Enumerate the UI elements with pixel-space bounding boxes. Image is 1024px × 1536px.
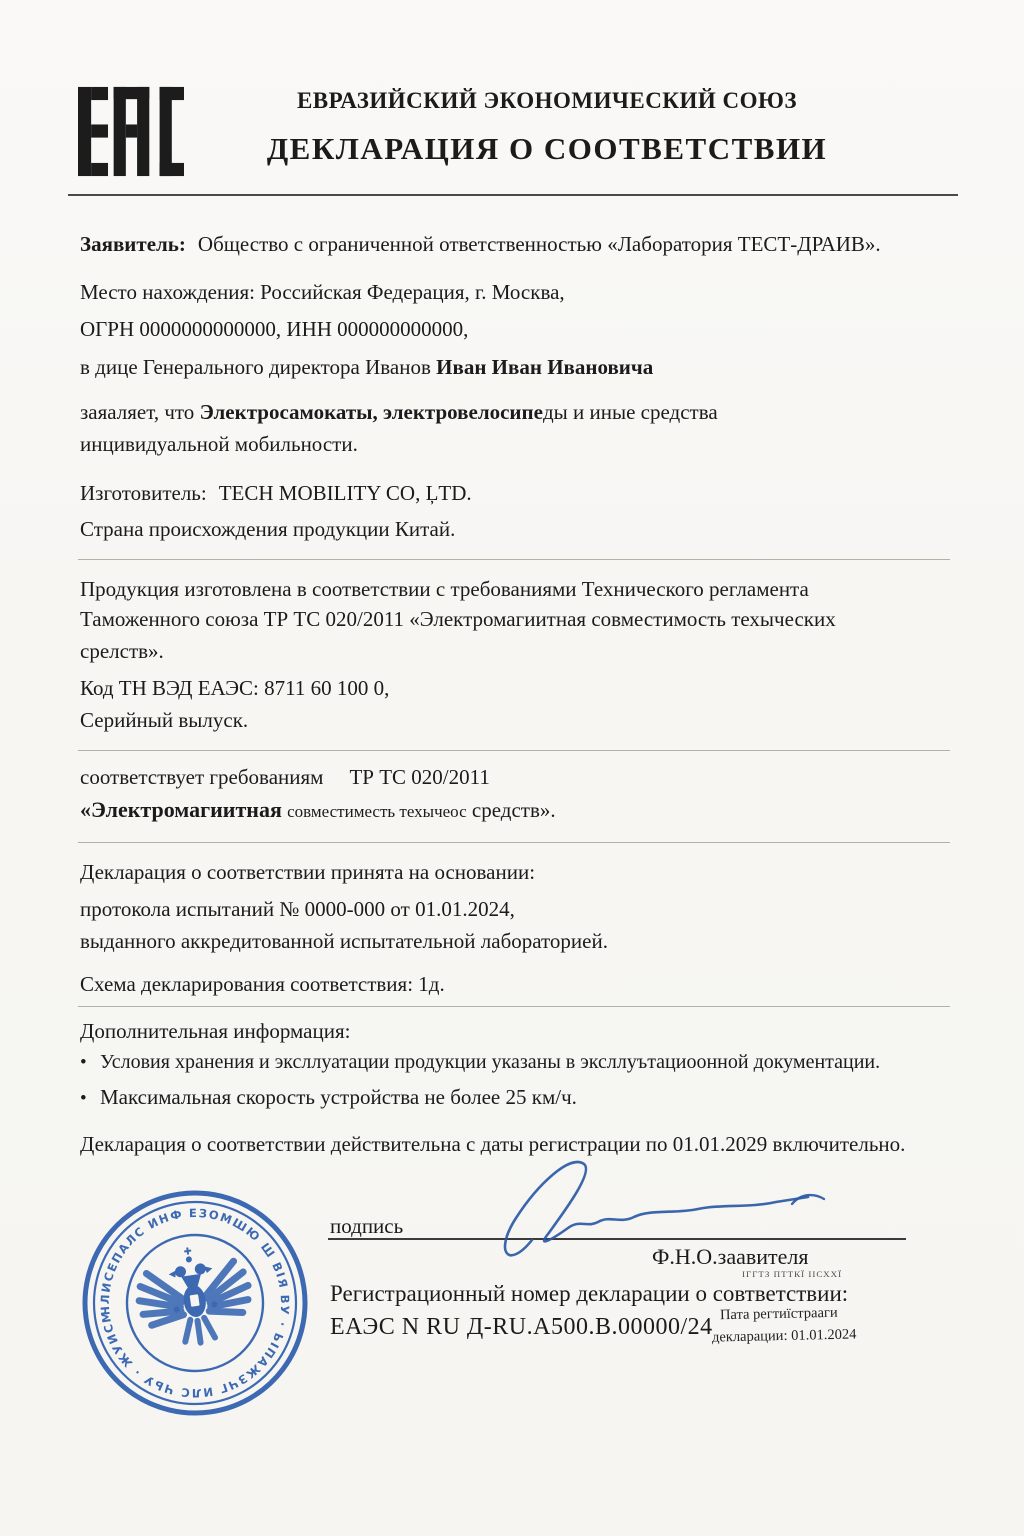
title-divider [68, 194, 958, 196]
basis-line2: протокола испытаний № 0000-000 от 01.01.… [80, 897, 515, 922]
conformity-quote-a: «Электромагиитная [80, 797, 282, 822]
conformity-meets: соответствует гребованиям [80, 765, 323, 789]
conformity-line1: соответствует гребованиямТР ТС 020/2011 [80, 765, 490, 790]
tiny-artifact-text: ІГГТЗ ПТТКЇ ІІСХХЇ [742, 1269, 842, 1278]
basis-line3: выданного аккредитованной испытательной … [80, 929, 608, 954]
eagle-emblem-icon [133, 1240, 255, 1350]
bullet-item: •Максимальная скорость устройства не бол… [80, 1085, 577, 1110]
bullet-icon: • [80, 1052, 100, 1074]
signature-label: подпись [330, 1214, 403, 1239]
origin-country: Страна происхождения продукции Китай. [80, 517, 455, 542]
page-title: ДЕКЛАРАЦИЯ О СООТВЕТСТВИИ [190, 131, 904, 167]
production-line3: срелств». [80, 639, 164, 664]
bullet-item: •Условия хранения и эксллуатации продукц… [80, 1051, 880, 1074]
conformity-quote-b: совместиместь техычеос [287, 802, 467, 821]
eac-mark-icon [78, 84, 184, 179]
declaration-document: ЕВРАЗИЙСКИЙ ЭКОНОМИЧЕСКИЙ СОЮЗ ДЕКЛАРАЦИ… [0, 0, 1024, 1536]
production-line1: Продукция изготовлена в соответствии с т… [80, 577, 809, 602]
section-divider [78, 559, 950, 560]
manufacturer-label: Изготовитель: [80, 481, 207, 505]
registration-date-line1: Пата регтиїстрааги [720, 1305, 838, 1324]
section-divider [78, 842, 950, 843]
tnved-code: Код ТН ВЭД ЕАЭС: 8711 60 100 0, [80, 676, 389, 701]
section-divider [78, 1006, 950, 1007]
applicant-location: Место нахождения: Российская Федерация, … [80, 280, 565, 305]
registration-date-line2: декларации: 01.01.2024 [712, 1326, 857, 1346]
applicant-name: Общество с ограниченной ответственностью… [198, 232, 881, 256]
conformity-regulation: ТР ТС 020/2011 [349, 765, 489, 789]
bullet-text: Условия хранения и эксллуатации продукци… [100, 1051, 880, 1073]
applicant-fio-caption: Ф.Н.О.заавителя [652, 1244, 809, 1270]
section-divider [78, 750, 950, 751]
declare-suffix: ды и иные средства [543, 400, 718, 424]
applicant-line: Заявитель:Общество с ограниченной ответс… [80, 232, 881, 257]
conformity-quote-c: средств». [472, 798, 556, 822]
director-prefix: в дице Генерального директора Иванов [80, 355, 431, 379]
director-name: Иван Иван Ивановича [436, 355, 653, 379]
bullet-text: Максимальная скорость устройства не боле… [100, 1085, 577, 1109]
additional-title: Дополнительная информация: [80, 1019, 350, 1044]
declare-line2: инцивидуальной мобильности. [80, 432, 358, 457]
manufacturer-name: TECH MOBILITY CO, ĻTD. [219, 481, 472, 505]
serial-production: Серийный вылуск. [80, 708, 248, 733]
applicant-ids: ОГРН 0000000000000, ИНН 000000000000, [80, 317, 468, 342]
basis-line1: Декларация о соответствии принята на осн… [80, 860, 535, 885]
applicant-label: Заявитель: [80, 232, 186, 256]
manufacturer-line: Изготовитель:TECH MOBILITY CO, ĻTD. [80, 481, 472, 506]
registration-title: Регистрационный номер декларации о совтв… [330, 1281, 848, 1307]
conformity-line2: «Электромагиитная совместиместь техычеос… [80, 797, 556, 823]
declare-prefix: заяаляет, что [80, 400, 194, 424]
declare-products: Электросамокаты, электровелосипе [200, 400, 543, 424]
production-line2: Таможенного союза ТР ТС 020/2011 «Электр… [80, 607, 836, 632]
registration-number: ЕАЭС N RU Д-RU.A500.B.00000/24 [330, 1314, 713, 1341]
declare-line1: заяаляет, что Электросамокаты, электрове… [80, 400, 718, 425]
official-stamp: ЧЛИСЕПАЛС ИНФ ЕЗОМШЮ Ш ВІЯ ВУ · ЬІПАЖЗЧГ… [76, 1184, 314, 1422]
scheme-line: Схема декларирования соответствия: 1д. [80, 972, 445, 997]
bullet-icon: • [80, 1088, 100, 1110]
applicant-director: в дице Генерального директора Иванов Ива… [80, 355, 653, 380]
union-name: ЕВРАЗИЙСКИЙ ЭКОНОМИЧЕСКИЙ СОЮЗ [190, 88, 904, 114]
